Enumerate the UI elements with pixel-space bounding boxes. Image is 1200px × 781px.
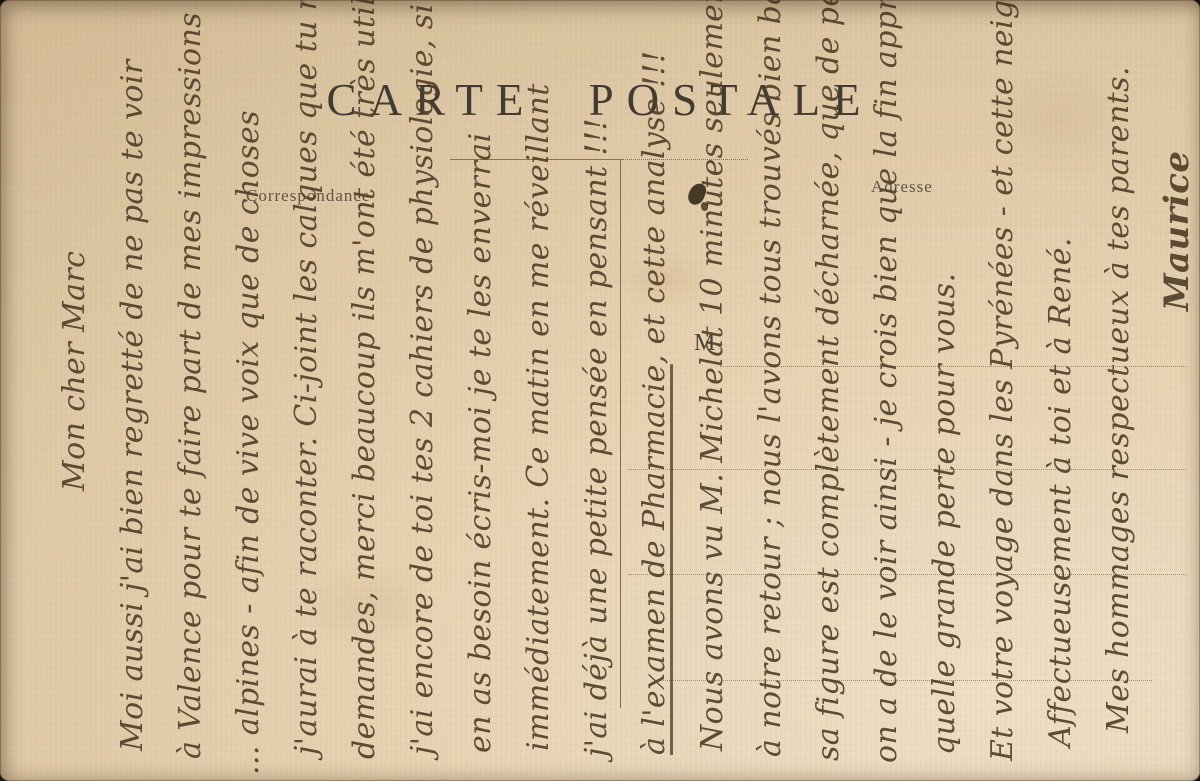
- message-line: on a de le voir ainsi - je crois bien qu…: [858, 0, 916, 763]
- message-line: Affectueusement à toi et à René.: [1032, 0, 1090, 747]
- message-line: à Valence pour te faire part de mes impr…: [162, 0, 220, 759]
- message-line: j'aurai à te raconter. Ci-joint les calq…: [278, 0, 336, 755]
- message-line: demandes, merci beaucoup ils m'ont été t…: [336, 0, 394, 759]
- message-line: ... alpines - afin de vive voix que de c…: [220, 0, 278, 775]
- message-line: j'ai encore de toi tes 2 cahiers de phys…: [394, 0, 452, 755]
- underlined-phrase: à l'examen de Pharmacie: [637, 364, 672, 755]
- postcard-back: CARTE POSTALE Correspondance Adresse M M…: [0, 0, 1200, 781]
- message-line: sa figure est complètement décharnée, qu…: [800, 0, 858, 761]
- message-line-rest: , et cette analyse !!!: [637, 51, 672, 365]
- message-line: à notre retour ; nous l'avons tous trouv…: [742, 0, 800, 757]
- handwritten-message: Mon cher Marc Moi aussi j'ai bien regret…: [0, 0, 1200, 781]
- signature: Maurice: [1148, 0, 1200, 311]
- message-line: Mes hommages respectueux à tes parents.: [1090, 0, 1148, 733]
- message-line: Nous avons vu M. Michelat 10 minutes seu…: [684, 0, 742, 751]
- message-line: Mon cher Marc: [46, 0, 104, 491]
- message-line: en as besoin écris-moi je te les enverra…: [452, 0, 510, 753]
- message-line: immédiatement. Ce matin en me réveillant: [510, 0, 568, 751]
- message-line: Et votre voyage dans les Pyrénées - et c…: [974, 0, 1032, 761]
- message-line: j'ai déjà une petite pensée en pensant !…: [568, 0, 626, 757]
- message-line: quelle grande perte pour vous.: [916, 0, 974, 755]
- ink-blot-small: [701, 202, 708, 211]
- message-line: à l'examen de Pharmacie, et cette analys…: [626, 0, 684, 755]
- message-line: Moi aussi j'ai bien regretté de ne pas t…: [104, 0, 162, 751]
